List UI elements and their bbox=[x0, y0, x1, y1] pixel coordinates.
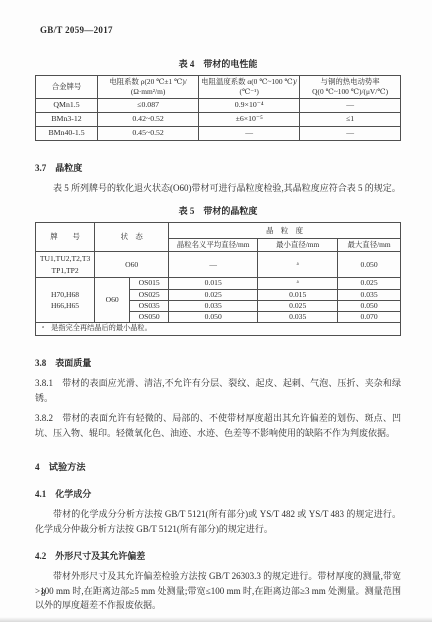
table-row: H70,H68 H66,H65 O60 OS015 0.015 ᵃ 0.025 bbox=[36, 278, 401, 289]
cell-thermo-emf: — bbox=[300, 98, 401, 112]
document-page: GB/T 2059—2017 表 4 带材的电性能 合金牌号 电阻系数 ρ(20… bbox=[0, 0, 432, 622]
table4-col-thermo-emf: 与铜的热电动势率 Q(0 ℃~100 ℃)/(μV/℃) bbox=[300, 76, 401, 99]
table5-col-min-dia: 最小直径/mm bbox=[258, 239, 338, 252]
cell-substate: OS035 bbox=[130, 300, 169, 311]
cell-state: O60 bbox=[95, 252, 169, 278]
cell-alloy: QMn1.5 bbox=[36, 98, 98, 112]
cell-temp-coeff: 0.9×10⁻⁴ bbox=[199, 98, 300, 112]
table4-title: 表 4 带材的电性能 bbox=[35, 57, 401, 70]
cell-alloy: BMn3-12 bbox=[36, 112, 98, 126]
table4-col-resistivity: 电阻系数 ρ(20 ℃±1 ℃)/ (Ω·mm²/m) bbox=[98, 76, 199, 99]
cell-resistivity: 0.45~0.52 bbox=[98, 126, 199, 140]
section-3-8-1-paragraph: 3.8.1 带材的表面应光滑、清洁,不允许有分层、裂纹、起皮、起刺、气泡、压折、… bbox=[35, 376, 401, 405]
cell-max-dia: 0.050 bbox=[338, 300, 401, 311]
table4-header-row: 合金牌号 电阻系数 ρ(20 ℃±1 ℃)/ (Ω·mm²/m) 电阻温度系数 … bbox=[36, 76, 401, 99]
cell-min-dia: 0.035 bbox=[258, 312, 338, 323]
table5-col-state: 状 态 bbox=[95, 223, 169, 252]
section-4-2-paragraph: 带材外形尺寸及其允许偏差检验方法按 GB/T 26303.3 的规定进行。带材厚… bbox=[35, 569, 401, 613]
table4-col-alloy: 合金牌号 bbox=[36, 76, 98, 99]
standard-number: GB/T 2059—2017 bbox=[40, 25, 113, 35]
cell-alloy: BMn40-1.5 bbox=[36, 126, 98, 140]
cell-grade: H70,H68 H66,H65 bbox=[36, 278, 95, 323]
table4-electrical-properties: 合金牌号 电阻系数 ρ(20 ℃±1 ℃)/ (Ω·mm²/m) 电阻温度系数 … bbox=[35, 75, 401, 141]
cell-min-dia: ᵃ bbox=[258, 278, 338, 289]
table5-footnote: ᵃ 是指完全再结晶后的最小晶粒。 bbox=[36, 323, 401, 336]
table-row: TU1,TU2,T2,T3 TP1,TP2 O60 — ᵃ 0.050 bbox=[36, 252, 401, 278]
section-4-heading: 4 试验方法 bbox=[35, 461, 401, 474]
page-content: 表 4 带材的电性能 合金牌号 电阻系数 ρ(20 ℃±1 ℃)/ (Ω·mm²… bbox=[35, 48, 401, 613]
page-number: 8 bbox=[41, 588, 46, 598]
cell-resistivity: 0.42~0.52 bbox=[98, 112, 199, 126]
section-3-7-paragraph: 表 5 所列牌号的软化退火状态(O60)带材可进行晶粒度检验,其晶粒度应符合表 … bbox=[35, 181, 401, 196]
cell-state: O60 bbox=[95, 278, 130, 323]
section-4-1-paragraph: 带材的化学成分分析方法按 GB/T 5121(所有部分)或 YS/T 482 或… bbox=[35, 507, 401, 536]
scan-edge-shadow bbox=[0, 617, 432, 622]
table-row: BMn40-1.5 0.45~0.52 — — bbox=[36, 126, 401, 140]
table5-title: 表 5 带材的晶粒度 bbox=[35, 204, 401, 217]
cell-min-dia: 0.025 bbox=[258, 300, 338, 311]
table5-grain-size: 牌 号 状 态 晶 粒 度 晶粒名义平均直径/mm 最小直径/mm 最大直径/m… bbox=[35, 222, 401, 336]
table4-col-temp-coeff: 电阻温度系数 α(0 ℃~100 ℃)/ (℃⁻¹) bbox=[199, 76, 300, 99]
cell-substate: OS015 bbox=[130, 278, 169, 289]
table5-col-grain-group: 晶 粒 度 bbox=[169, 223, 401, 239]
table5-footnote-row: ᵃ 是指完全再结晶后的最小晶粒。 bbox=[36, 323, 401, 336]
cell-thermo-emf: — bbox=[300, 126, 401, 140]
cell-temp-coeff: — bbox=[199, 126, 300, 140]
section-4-1-heading: 4.1 化学成分 bbox=[35, 488, 401, 501]
table5-col-nominal-dia: 晶粒名义平均直径/mm bbox=[169, 239, 258, 252]
section-3-8-2-paragraph: 3.8.2 带材的表面允许有轻微的、局部的、不使带材厚度超出其允许偏差的划伤、斑… bbox=[35, 411, 401, 440]
cell-nominal-dia: 0.035 bbox=[169, 300, 258, 311]
cell-max-dia: 0.035 bbox=[338, 289, 401, 300]
table-row: BMn3-12 0.42~0.52 ±6×10⁻⁵ ≤1 bbox=[36, 112, 401, 126]
cell-nominal-dia: 0.050 bbox=[169, 312, 258, 323]
table-row: QMn1.5 ≤0.087 0.9×10⁻⁴ — bbox=[36, 98, 401, 112]
section-4-2-heading: 4.2 外形尺寸及其允许偏差 bbox=[35, 550, 401, 563]
cell-temp-coeff: ±6×10⁻⁵ bbox=[199, 112, 300, 126]
cell-nominal-dia: 0.015 bbox=[169, 278, 258, 289]
table5-header-row-1: 牌 号 状 态 晶 粒 度 bbox=[36, 223, 401, 239]
table5-col-max-dia: 最大直径/mm bbox=[338, 239, 401, 252]
cell-grade: TU1,TU2,T2,T3 TP1,TP2 bbox=[36, 252, 95, 278]
cell-substate: OS025 bbox=[130, 289, 169, 300]
cell-nominal-dia: 0.025 bbox=[169, 289, 258, 300]
cell-min-dia: 0.015 bbox=[258, 289, 338, 300]
section-3-7-heading: 3.7 晶粒度 bbox=[35, 162, 401, 175]
cell-resistivity: ≤0.087 bbox=[98, 98, 199, 112]
cell-max-dia: 0.050 bbox=[338, 252, 401, 278]
section-3-8-heading: 3.8 表面质量 bbox=[35, 357, 401, 370]
cell-substate: OS050 bbox=[130, 312, 169, 323]
cell-max-dia: 0.070 bbox=[338, 312, 401, 323]
table5-col-grade: 牌 号 bbox=[36, 223, 95, 252]
cell-max-dia: 0.025 bbox=[338, 278, 401, 289]
cell-thermo-emf: ≤1 bbox=[300, 112, 401, 126]
cell-min-dia: ᵃ bbox=[258, 252, 338, 278]
cell-nominal-dia: — bbox=[169, 252, 258, 278]
